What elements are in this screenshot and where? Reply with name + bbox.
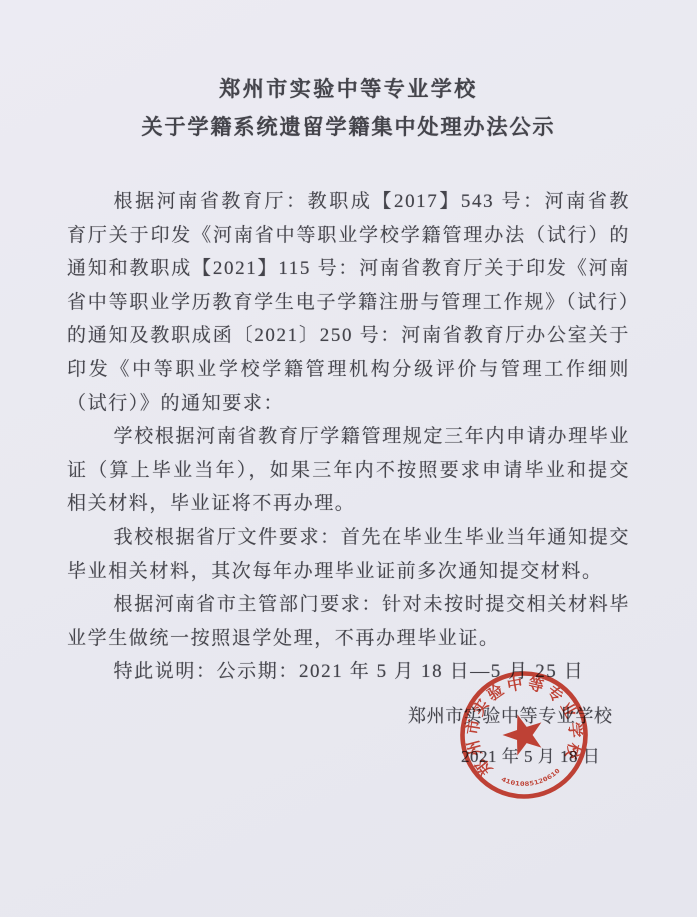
document-header: 郑州市实验中等专业学校 关于学籍系统遗留学籍集中处理办法公示: [0, 76, 697, 140]
paragraph-notification-process: 我校根据省厅文件要求：首先在毕业生毕业当年通知提交毕业相关材料，其次每年办理毕业…: [67, 521, 630, 588]
scanned-document-page: 郑州市实验中等专业学校 关于学籍系统遗留学籍集中处理办法公示 根据河南省教育厅：…: [0, 0, 697, 917]
paragraph-legal-basis: 根据河南省教育厅：教职成【2017】543 号：河南省教育厅关于印发《河南省中等…: [67, 185, 630, 420]
document-subtitle: 关于学籍系统遗留学籍集中处理办法公示: [0, 114, 697, 140]
document-title: 郑州市实验中等专业学校: [0, 76, 697, 102]
seal-star-icon: [498, 708, 549, 758]
official-seal-stamp: 郑州市实验中等专业学校 4101085120610: [446, 657, 602, 813]
document-body: 根据河南省教育厅：教职成【2017】543 号：河南省教育厅关于印发《河南省中等…: [67, 185, 630, 689]
paragraph-withdrawal-handling: 根据河南省市主管部门要求：针对未按时提交相关材料毕业学生做统一按照退学处理，不再…: [67, 588, 630, 655]
paragraph-diploma-rule: 学校根据河南省教育厅学籍管理规定三年内申请办理毕业证（算上毕业当年），如果三年内…: [67, 420, 630, 521]
seal-graphic: 郑州市实验中等专业学校 4101085120610: [446, 657, 602, 813]
